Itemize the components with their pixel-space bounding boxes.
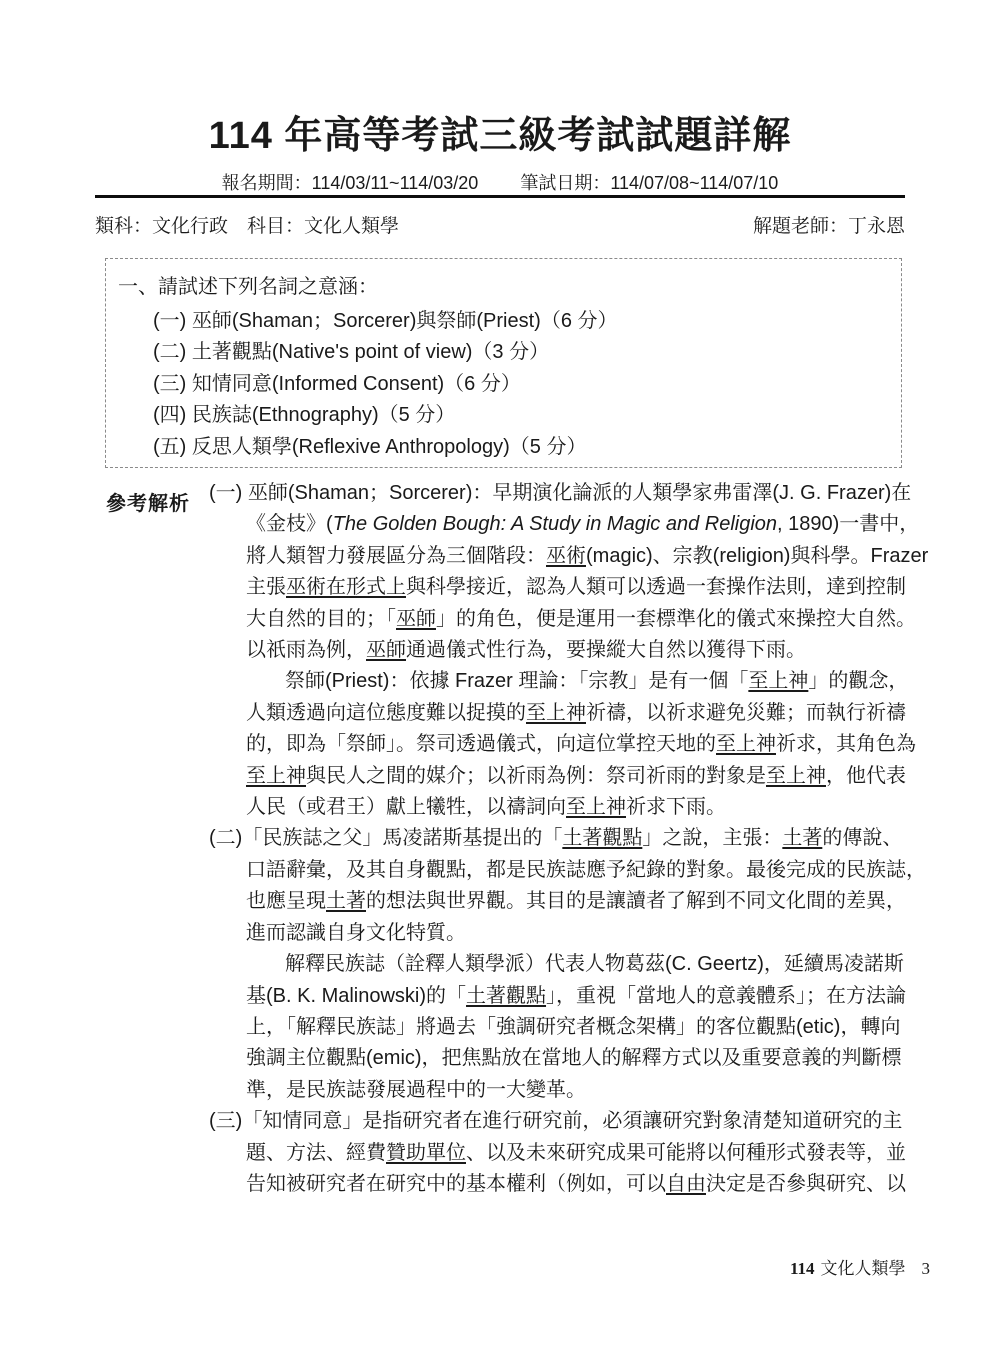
analysis-line: 上，「解釋民族誌」將過去「強調研究者概念架構」的客位觀點(etic)，轉向 <box>246 1012 929 1043</box>
question-item: (三) 知情同意(Informed Consent)（6 分） <box>153 369 901 400</box>
question-item: (五) 反思人類學(Reflexive Anthropology)（5 分） <box>153 432 901 463</box>
footer-subject: 文化人類學 <box>821 1259 906 1278</box>
exam-dates-line: 報名期間：114/03/11~114/03/20筆試日期：114/07/08~1… <box>0 169 1000 195</box>
analysis-line: 口語辭彙，及其自身觀點，都是民族誌應予紀錄的對象。最後完成的民族誌， <box>246 855 929 886</box>
analysis-line: 題、方法、經費贊助單位、以及未來研究成果可能將以何種形式發表等，並 <box>246 1138 929 1169</box>
footer-page-number: 3 <box>922 1259 931 1278</box>
question-box: 一、請試述下列名詞之意涵： (一) 巫師(Shaman；Sorcerer)與祭師… <box>105 258 902 468</box>
header-divider <box>95 195 905 198</box>
analysis-line: 基(B. K. Malinowski)的「土著觀點」，重視「當地人的意義體系」；… <box>246 981 929 1012</box>
exam-solution-page: 114 年高等考試三級考試試題詳解 報名期間：114/03/11~114/03/… <box>0 0 1000 1353</box>
analysis-label: 參考解析 <box>106 487 190 516</box>
analysis-line: 告知被研究者在研究中的基本權利（例如，可以自由決定是否參與研究、以 <box>246 1169 929 1200</box>
analysis-line: 人類透過向這位態度難以捉摸的至上神祈禱，以祈求避免災難；而執行祈禱 <box>246 698 929 729</box>
analysis-line: 《金枝》(The Golden Bough: A Study in Magic … <box>246 509 929 540</box>
analysis-line: 進而認識自身文化特質。 <box>246 918 929 949</box>
analysis-line: 的，即為「祭師」。祭司透過儀式，向這位掌控天地的至上神祈求，其角色為 <box>246 729 929 760</box>
question-item: (二) 土著觀點(Native's point of view)（3 分） <box>153 337 901 368</box>
analysis-line: 祭師(Priest)：依據 Frazer 理論：「宗教」是有一個「至上神」的觀念… <box>285 666 929 697</box>
analysis-line: 至上神與民人之間的媒介；以祈雨為例：祭司祈雨的對象是至上神，他代表 <box>246 761 929 792</box>
registration-period: 報名期間：114/03/11~114/03/20 <box>222 173 479 193</box>
meta-row: 類科：文化行政 科目：文化人類學 解題老師：丁永恩 <box>95 211 905 238</box>
analysis-line: 將人類智力發展區分為三個階段：巫術(magic)、宗教(religion)與科學… <box>246 541 929 572</box>
analysis-line: 主張巫術在形式上與科學接近，認為人類可以透過一套操作法則，達到控制 <box>246 572 929 603</box>
analysis-line: 也應呈現土著的想法與世界觀。其目的是讓讀者了解到不同文化間的差異， <box>246 886 929 917</box>
solver-label: 解題老師：丁永恩 <box>753 211 905 238</box>
question-item: (四) 民族誌(Ethnography)（5 分） <box>153 400 901 431</box>
question-item-list: (一) 巫師(Shaman；Sorcerer)與祭師(Priest)（6 分）(… <box>106 306 901 463</box>
footer-exam-year: 114 <box>790 1259 815 1278</box>
analysis-line: 解釋民族誌（詮釋人類學派）代表人物葛茲(C. Geertz)，延續馬凌諾斯 <box>285 949 929 980</box>
analysis-line: (一) 巫師(Shaman；Sorcerer)：早期演化論派的人類學家弗雷澤(J… <box>209 478 929 509</box>
analysis-line: (三)「知情同意」是指研究者在進行研究前，必須讓研究對象清楚知道研究的主 <box>209 1106 929 1137</box>
analysis-line: 大自然的目的；「巫師」的角色，便是運用一套標準化的儀式來操控大自然。 <box>246 604 929 635</box>
analysis-line: 準，是民族誌發展過程中的一大變革。 <box>246 1075 929 1106</box>
analysis-line: 強調主位觀點(emic)，把焦點放在當地人的解釋方式以及重要意義的判斷標 <box>246 1043 929 1074</box>
analysis-line: (二)「民族誌之父」馬凌諾斯基提出的「土著觀點」之說，主張：土著的傳說、 <box>209 823 929 854</box>
analysis-line: 人民（或君王）獻上犧牲，以禱詞向至上神祈求下雨。 <box>246 792 929 823</box>
analysis-body: (一) 巫師(Shaman；Sorcerer)：早期演化論派的人類學家弗雷澤(J… <box>209 478 929 1200</box>
question-item: (一) 巫師(Shaman；Sorcerer)與祭師(Priest)（6 分） <box>153 306 901 337</box>
written-exam-date: 筆試日期：114/07/08~114/07/10 <box>520 173 778 193</box>
page-footer: 114文化人類學3 <box>790 1254 930 1279</box>
analysis-line: 以祇雨為例，巫師通過儀式性行為，要操縱大自然以獲得下雨。 <box>246 635 929 666</box>
question-stem: 一、請試述下列名詞之意涵： <box>118 272 901 302</box>
category-subject-label: 類科：文化行政 科目：文化人類學 <box>95 211 399 238</box>
page-title: 114 年高等考試三級考試試題詳解 <box>0 104 1000 159</box>
